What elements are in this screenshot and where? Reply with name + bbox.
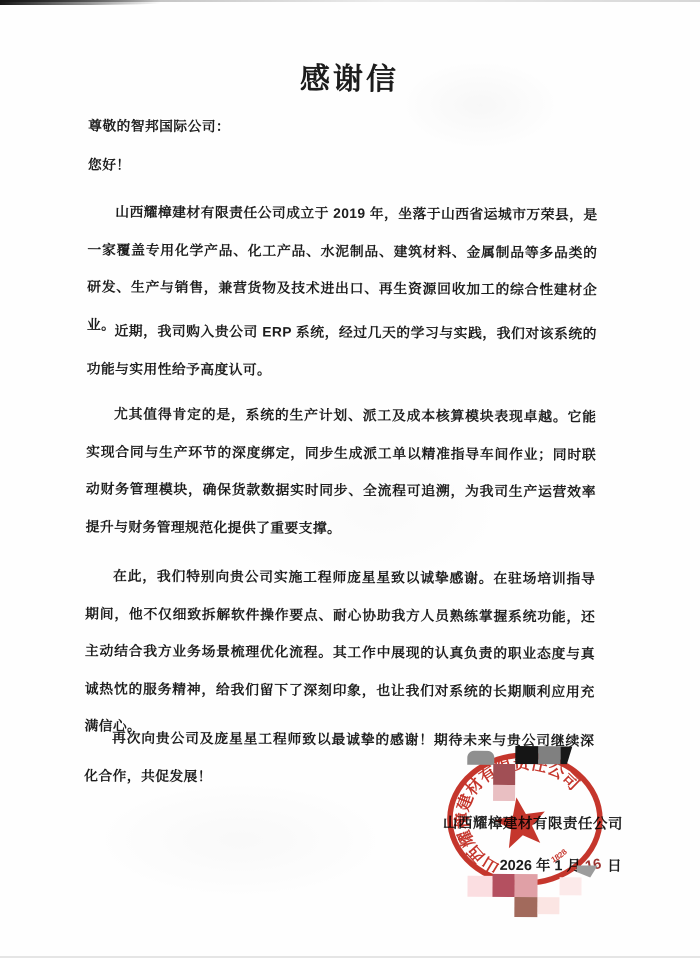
date-suffix: 日 xyxy=(607,859,622,875)
redaction-block xyxy=(493,764,515,785)
redaction-block xyxy=(515,746,538,764)
redaction-block xyxy=(514,874,537,897)
redaction-block xyxy=(514,897,537,917)
paragraph-erp-purchase: 近期，我司购入贵公司 ERP 系统，经过几天的学习与实践，我们对该系统的功能与实… xyxy=(87,312,597,390)
redaction-block xyxy=(538,746,560,764)
redaction-block xyxy=(467,876,492,897)
greeting: 您好！ xyxy=(88,146,598,187)
redaction-block xyxy=(467,751,494,765)
svg-text:1828: 1828 xyxy=(550,847,570,865)
redaction-block xyxy=(493,785,515,801)
scanned-letter-page: 感谢信 尊敬的智邦国际公司： 您好！ 山西耀樟建材有限责任公司成立于 2019 … xyxy=(0,0,700,958)
paragraph-module-praise: 尤其值得肯定的是，系统的生产计划、派工及成本核算模块表现卓越。它能实现合同与生产… xyxy=(86,395,597,548)
salutation: 尊敬的智邦国际公司： xyxy=(88,107,598,148)
redaction-block xyxy=(559,877,581,895)
redaction-block xyxy=(492,874,514,897)
letter-title: 感谢信 xyxy=(2,52,696,100)
letter-content: 感谢信 尊敬的智邦国际公司： 您好！ 山西耀樟建材有限责任公司成立于 2019 … xyxy=(0,0,700,958)
seal-star-icon xyxy=(491,793,550,850)
redaction-block xyxy=(537,897,559,914)
seal-serial-number: 1828 xyxy=(550,847,570,865)
